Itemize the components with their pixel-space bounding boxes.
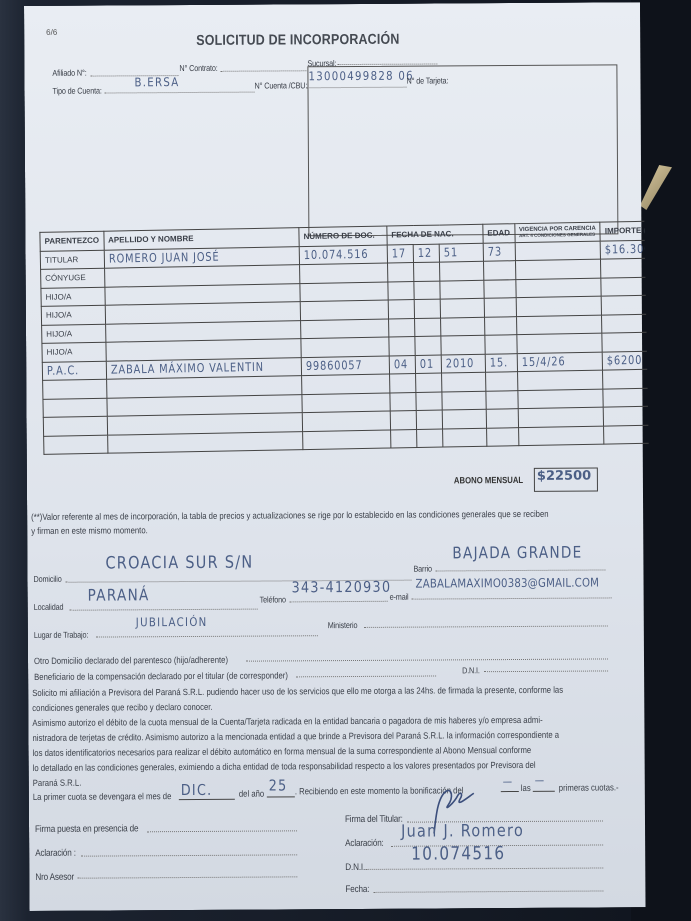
cell-doc[interactable] (301, 337, 389, 357)
cell-edad[interactable] (484, 298, 516, 317)
cell-parentezco[interactable]: HIJO/A (41, 305, 105, 325)
relationship-label: HIJO/A (46, 329, 72, 338)
cell-edad[interactable] (485, 335, 517, 354)
cell-vigencia[interactable] (515, 241, 601, 261)
telefono-label: Teléfono (260, 594, 286, 604)
cell-mes[interactable] (416, 392, 443, 411)
cell-edad[interactable]: 73 (483, 242, 515, 261)
cuenta-cbu-label: N° Cuenta /CBU: (254, 80, 307, 90)
aclaracion-left-field[interactable] (81, 854, 297, 856)
footnote-line-1: (**)Valor referente al mes de incorporac… (31, 509, 549, 522)
cell-value: $16.300 (605, 242, 652, 257)
cell-doc[interactable]: 99860057 (301, 356, 389, 376)
aclaracion-left-label: Aclaración : (35, 848, 76, 859)
cell-anio[interactable] (441, 317, 485, 336)
lugar-trabajo-label: Lugar de Trabajo: (34, 630, 88, 640)
aclaracion-right-label: Aclaración: (345, 838, 384, 849)
cell-vigencia[interactable] (517, 370, 603, 390)
cell-doc[interactable] (302, 411, 390, 431)
cell-doc[interactable] (300, 282, 388, 302)
contrato-label: N° Contrato: (179, 63, 217, 73)
cell-edad[interactable] (484, 279, 516, 298)
cell-dia[interactable]: 17 (387, 244, 414, 263)
cell-parentezco[interactable]: HIJO/A (42, 324, 106, 344)
cell-value: ZABALA MÁXIMO VALENTIN (110, 360, 263, 377)
cell-anio[interactable]: 2010 (442, 354, 486, 373)
cell-dia[interactable] (388, 318, 415, 337)
cell-nombre[interactable] (107, 431, 303, 453)
dni-beneficiario-label: D.N.I. (462, 665, 480, 675)
asesor-label: Nro Asesor (35, 872, 74, 883)
relationship-label: TITULAR (45, 255, 79, 265)
cell-vigencia[interactable] (518, 407, 604, 427)
cell-vigencia[interactable] (517, 389, 603, 409)
column-header: EDAD (483, 224, 515, 243)
telefono-value: 343-4120930 (292, 578, 392, 597)
cell-parentezco[interactable] (43, 379, 107, 399)
cell-value: 51 (444, 245, 458, 259)
relationship-label: HIJO/A (45, 292, 71, 301)
cell-mes[interactable] (415, 336, 442, 355)
cell-parentezco[interactable]: P.A.C. (42, 361, 106, 381)
dni-beneficiario-field[interactable] (484, 670, 608, 672)
presencia-label: Firma puesta en presencia de (35, 823, 138, 835)
email-label: e-mail (390, 592, 409, 602)
lugar-trabajo-value: JUBILACIÓN (136, 615, 208, 629)
cell-dia[interactable] (390, 411, 417, 430)
column-header: NÚMERO DE DOC. (299, 226, 387, 246)
cell-anio[interactable]: 51 (440, 243, 484, 262)
dni-titular-label: D.N.I. (345, 862, 365, 873)
localidad-value: PARANÁ (88, 585, 150, 604)
cell-doc[interactable] (301, 319, 389, 339)
las-value: — (535, 774, 546, 787)
cell-vigencia[interactable]: 15/4/26 (517, 352, 603, 372)
members-table: PARENTEZCOAPELLIDO Y NOMBRENÚMERO DE DOC… (39, 220, 670, 454)
otro-domicilio-label: Otro Domicilio declarado del parentesco … (34, 655, 228, 666)
cell-mes[interactable] (416, 410, 443, 429)
dni-titular-field[interactable] (365, 867, 603, 869)
column-header: VIGENCIA POR CARENCIAART. 4 CONDICIONES … (514, 222, 600, 242)
cell-vigencia[interactable] (515, 259, 601, 279)
cell-mes[interactable]: 01 (415, 355, 442, 374)
footnote-line-2: y firman en este mismo momento. (31, 525, 148, 536)
cell-mes[interactable] (414, 281, 441, 300)
vigencia-subheader: ART. 4 CONDICIONES GENERALES (519, 232, 596, 238)
cell-value: 99860057 (306, 358, 363, 373)
cell-parentezco[interactable]: TITULAR (40, 250, 104, 270)
abono-mensual-label: ABONO MENSUAL (454, 475, 523, 485)
cell-anio[interactable] (442, 391, 486, 410)
cell-value: 01 (420, 357, 434, 371)
bonificacion-value: — (503, 775, 514, 788)
terms-line: lo detallado en las condiciones generale… (33, 760, 536, 773)
email-value: ZABALAMAXIMO0383@GMAIL.COM (415, 575, 599, 590)
cell-doc[interactable] (303, 430, 391, 450)
cell-value: 15/4/26 (521, 355, 565, 370)
cell-anio[interactable] (441, 335, 485, 354)
asesor-field[interactable] (77, 876, 297, 878)
cell-dia[interactable] (387, 263, 414, 282)
cell-mes[interactable] (414, 299, 441, 318)
cell-edad[interactable]: 15. (485, 353, 517, 372)
barrio-field[interactable] (435, 569, 605, 571)
aclaracion-right-value: Juan J. Romero (401, 821, 524, 842)
cell-parentezco[interactable] (43, 398, 107, 418)
barrio-value: BAJADA GRANDE (452, 543, 582, 563)
abono-mensual-value: $22500 (537, 469, 591, 484)
las-label: las (521, 783, 531, 793)
domicilio-label: Domicilio (33, 574, 61, 584)
first-fee-year-label: del año (239, 789, 264, 799)
domicilio-value: CROACIA SUR S/N (105, 553, 253, 574)
cell-anio[interactable] (443, 409, 487, 428)
cell-dia[interactable] (388, 300, 415, 319)
cell-value: 10.074.516 (304, 247, 369, 262)
tipo-cuenta-field[interactable] (105, 92, 255, 94)
cell-doc[interactable] (302, 393, 390, 413)
cell-anio[interactable] (443, 428, 487, 447)
cell-value: 15. (490, 356, 508, 370)
cell-parentezco[interactable]: CÓNYUGE (41, 268, 105, 288)
cell-edad[interactable] (486, 409, 518, 428)
beneficiario-field[interactable] (296, 675, 436, 677)
cell-doc[interactable] (302, 374, 390, 394)
relationship-label: P.A.C. (47, 363, 79, 378)
column-header: FECHA DE NAC. (387, 224, 483, 244)
cell-mes[interactable] (414, 262, 441, 281)
cell-vigencia[interactable] (516, 333, 602, 353)
form-sheet: 6/6 SOLICITUD DE INCORPORACIÓN Afiliado … (24, 2, 646, 911)
lugar-trabajo-field[interactable] (96, 635, 318, 637)
card-stamp-box (307, 64, 618, 236)
cell-mes[interactable] (415, 318, 442, 337)
cell-dia[interactable] (389, 374, 416, 393)
cell-parentezco[interactable] (43, 416, 107, 436)
cell-edad[interactable] (483, 261, 515, 280)
cell-edad[interactable] (484, 316, 516, 335)
cell-dia[interactable] (390, 429, 417, 448)
cell-vigencia[interactable] (516, 296, 602, 316)
terms-line: Paraná S.R.L. (33, 778, 82, 788)
cell-doc[interactable] (300, 263, 388, 283)
cell-edad[interactable] (486, 427, 518, 446)
cell-value: ROMERO JUAN JOSÉ (108, 250, 219, 266)
cell-value: 12 (418, 246, 432, 260)
localidad-field[interactable] (70, 609, 258, 611)
beneficiario-label: Beneficiario de la compensación declarad… (34, 670, 288, 682)
cell-anio[interactable] (440, 261, 484, 280)
bonificacion-field[interactable] (501, 791, 519, 792)
terms-line: nistradora de terjetas de crédito. Asimi… (32, 730, 559, 743)
telefono-field[interactable] (290, 601, 388, 603)
first-fee-year-field[interactable] (267, 796, 295, 797)
cell-dia[interactable] (390, 392, 417, 411)
otro-domicilio-field[interactable] (246, 658, 608, 661)
tipo-cuenta-label: Tipo de Cuenta: (52, 86, 101, 96)
ministerio-field[interactable] (364, 625, 608, 627)
cell-mes[interactable]: 12 (413, 244, 440, 263)
cell-edad[interactable] (486, 390, 518, 409)
cell-value: 17 (391, 246, 405, 260)
cell-dia[interactable] (388, 281, 415, 300)
localidad-label: Localidad (34, 602, 64, 612)
fecha-field[interactable] (373, 890, 603, 892)
cell-dia[interactable] (389, 337, 416, 356)
ministerio-label: Ministerio (328, 620, 358, 630)
relationship-label: HIJO/A (47, 348, 73, 357)
cell-anio[interactable] (442, 372, 486, 391)
terms-line: los datos identificatorios necesarios pa… (33, 745, 532, 758)
contrato-field[interactable] (220, 70, 306, 72)
dni-titular-value: 10.074516 (411, 843, 505, 865)
cell-vigencia[interactable] (516, 315, 602, 335)
cell-parentezco[interactable] (44, 435, 108, 455)
cell-value: 2010 (446, 356, 475, 371)
las-field[interactable] (533, 791, 555, 792)
relationship-label: CÓNYUGE (45, 273, 86, 283)
cell-dia[interactable]: 04 (389, 355, 416, 374)
presencia-field[interactable] (147, 830, 297, 832)
tipo-cuenta-value: B.ERSA (134, 75, 179, 89)
firma-titular-label: Firma del Titular: (345, 814, 403, 825)
cell-doc[interactable]: 10.074.516 (299, 245, 387, 265)
cell-parentezco[interactable]: HIJO/A (42, 342, 106, 362)
first-fee-suffix: primeras cuotas.- (559, 782, 619, 792)
cell-mes[interactable] (417, 429, 444, 448)
terms-line: condiciones generales que recibo y decla… (32, 702, 212, 713)
cell-value: 73 (488, 245, 502, 259)
column-header: PARENTEZCO (40, 231, 104, 251)
cell-value: $6200 (607, 353, 643, 368)
relationship-label: HIJO/A (46, 311, 72, 320)
email-field[interactable] (412, 597, 612, 599)
terms-line: Solicito mi afiliación a Previsora del P… (32, 685, 563, 698)
cell-mes[interactable] (416, 373, 443, 392)
cell-doc[interactable] (300, 300, 388, 320)
cell-parentezco[interactable]: HIJO/A (41, 287, 105, 307)
cell-anio[interactable] (441, 298, 485, 317)
cell-edad[interactable] (485, 372, 517, 391)
fecha-label: Fecha: (345, 884, 369, 895)
cell-vigencia[interactable] (515, 278, 601, 298)
cell-value: 04 (394, 357, 408, 371)
first-fee-month-value: DIC. (181, 781, 213, 799)
cell-anio[interactable] (440, 280, 484, 299)
form-title: SOLICITUD DE INCORPORACIÓN (196, 32, 399, 49)
cell-vigencia[interactable] (518, 426, 604, 446)
barrio-label: Barrio (413, 564, 432, 574)
first-fee-prefix: La primer cuota se devengara el mes de (33, 791, 172, 802)
page-number: 6/6 (46, 28, 57, 37)
first-fee-year-value: 25 (269, 776, 288, 794)
terms-line: Asimismo autorizo el débito de la cuota … (32, 715, 542, 728)
afiliado-label: Afiliado N°: (52, 68, 86, 78)
